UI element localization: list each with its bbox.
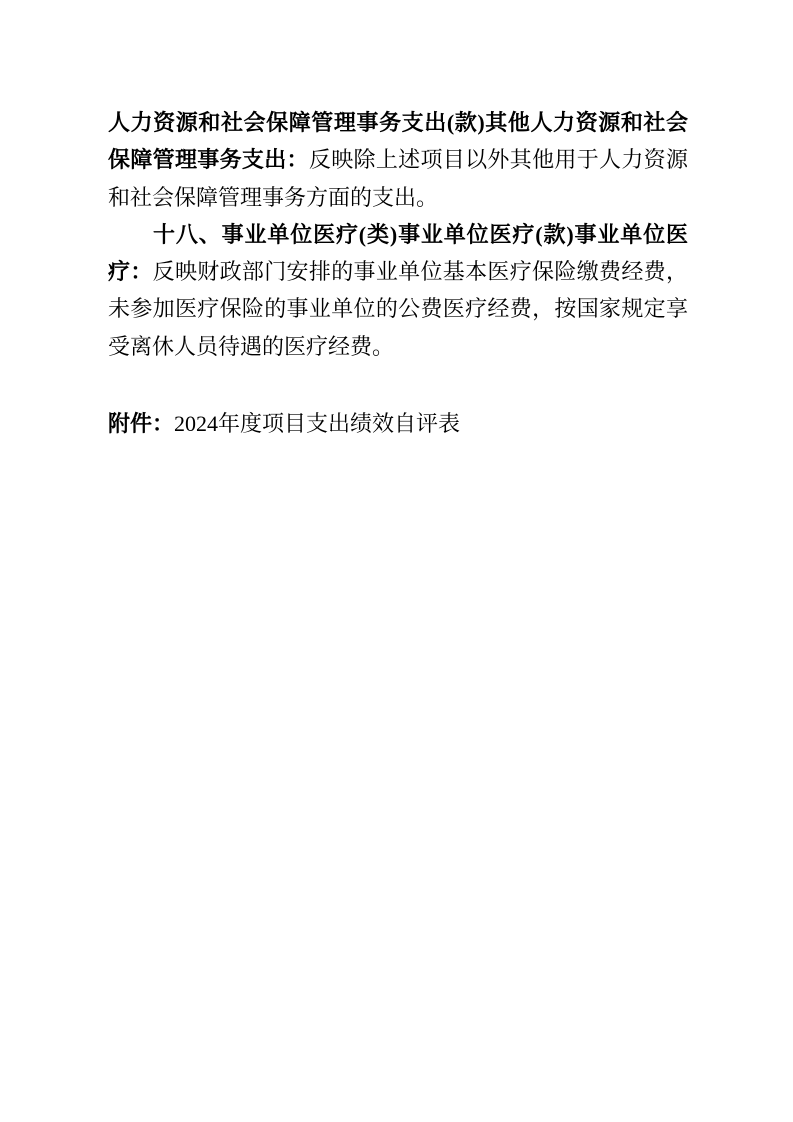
attachment-title: 2024年度项目支出绩效自评表 [174,411,460,436]
text-line: 受离休人员待遇的医疗经费。 [108,328,688,365]
body-text: 和社会保障管理事务方面的支出。 [108,185,438,210]
text-line: 人力资源和社会保障管理事务支出(款)其他人力资源和社会 [108,104,688,141]
bold-term: 人力资源和社会保障管理事务支出(款)其他人力资源和社会 [108,110,688,135]
bold-term: 十八、事业单位医疗(类)事业单位医疗(款)事业单位医 [153,222,688,247]
text-line: 未参加医疗保险的事业单位的公费医疗经费，按国家规定享 [108,290,688,327]
text-line: 十八、事业单位医疗(类)事业单位医疗(款)事业单位医 [108,216,688,253]
text-line: 和社会保障管理事务方面的支出。 [108,179,688,216]
document-page: 人力资源和社会保障管理事务支出(款)其他人力资源和社会 保障管理事务支出：反映除… [0,0,793,1122]
attachment-label: 附件： [108,411,174,436]
text-line: 疗：反映财政部门安排的事业单位基本医疗保险缴费经费， [108,253,688,290]
body-text: 受离休人员待遇的医疗经费。 [108,334,394,359]
bold-term: 保障管理事务支出： [108,147,309,172]
text-line: 保障管理事务支出：反映除上述项目以外其他用于人力资源 [108,141,688,178]
attachment-line: 附件：2024年度项目支出绩效自评表 [108,405,688,442]
body-text: 反映除上述项目以外其他用于人力资源 [309,147,688,172]
body-text: 未参加医疗保险的事业单位的公费医疗经费，按国家规定享 [108,296,688,321]
document-body: 人力资源和社会保障管理事务支出(款)其他人力资源和社会 保障管理事务支出：反映除… [108,104,688,442]
bold-term: 疗： [108,259,153,284]
body-text: 反映财政部门安排的事业单位基本医疗保险缴费经费， [153,259,688,284]
